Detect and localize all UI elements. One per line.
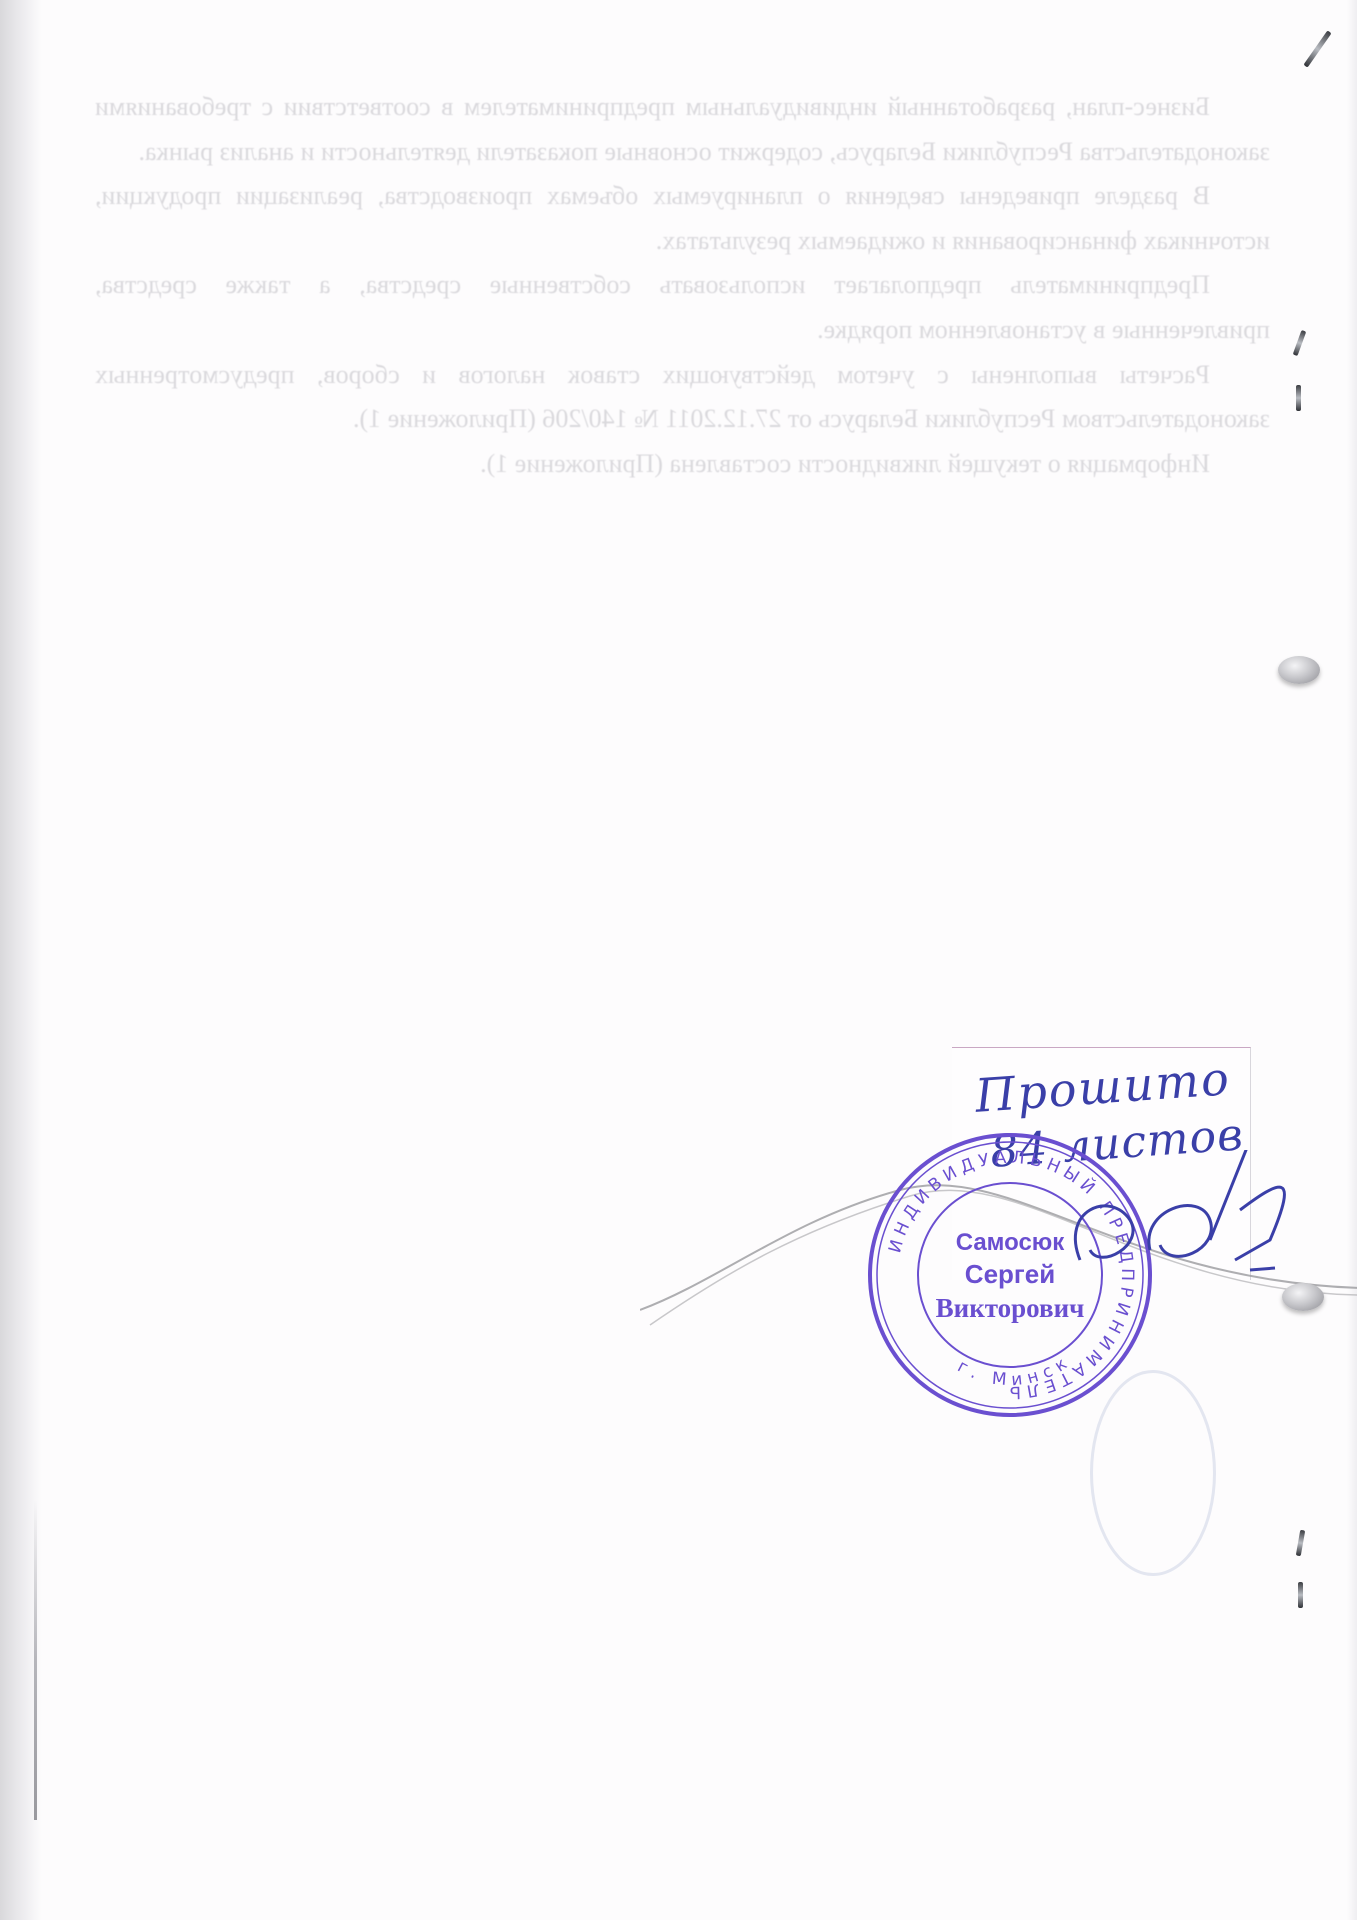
bleed-paragraph: Бизнес-план, разработанный индивидуальны… [95,85,1270,174]
staple-icon [1296,385,1301,411]
grommet-icon [1282,1283,1324,1311]
grommet-icon [1278,656,1320,684]
signature [1060,1150,1290,1310]
staple-icon [1293,330,1307,356]
scan-left-edge-line [34,1500,37,1820]
staple-icon [1296,1530,1305,1556]
bleed-paragraph: Информация о текущей ликвидности составл… [95,442,1270,487]
stamp-first-name: Сергей [965,1259,1055,1289]
bleed-through-text: Бизнес-план, разработанный индивидуальны… [95,85,1270,486]
stamp-surname: Самосюк [956,1229,1066,1256]
staple-icon [1298,1582,1303,1608]
bleed-paragraph: Предприниматель предполагает использоват… [95,263,1270,352]
scan-right-edge [1347,0,1357,1920]
bleed-paragraph: Расчеты выполнены с учетом действующих с… [95,353,1270,442]
bleed-paragraph: В разделе приведены сведения о планируем… [95,174,1270,263]
staple-icon [1303,30,1331,67]
